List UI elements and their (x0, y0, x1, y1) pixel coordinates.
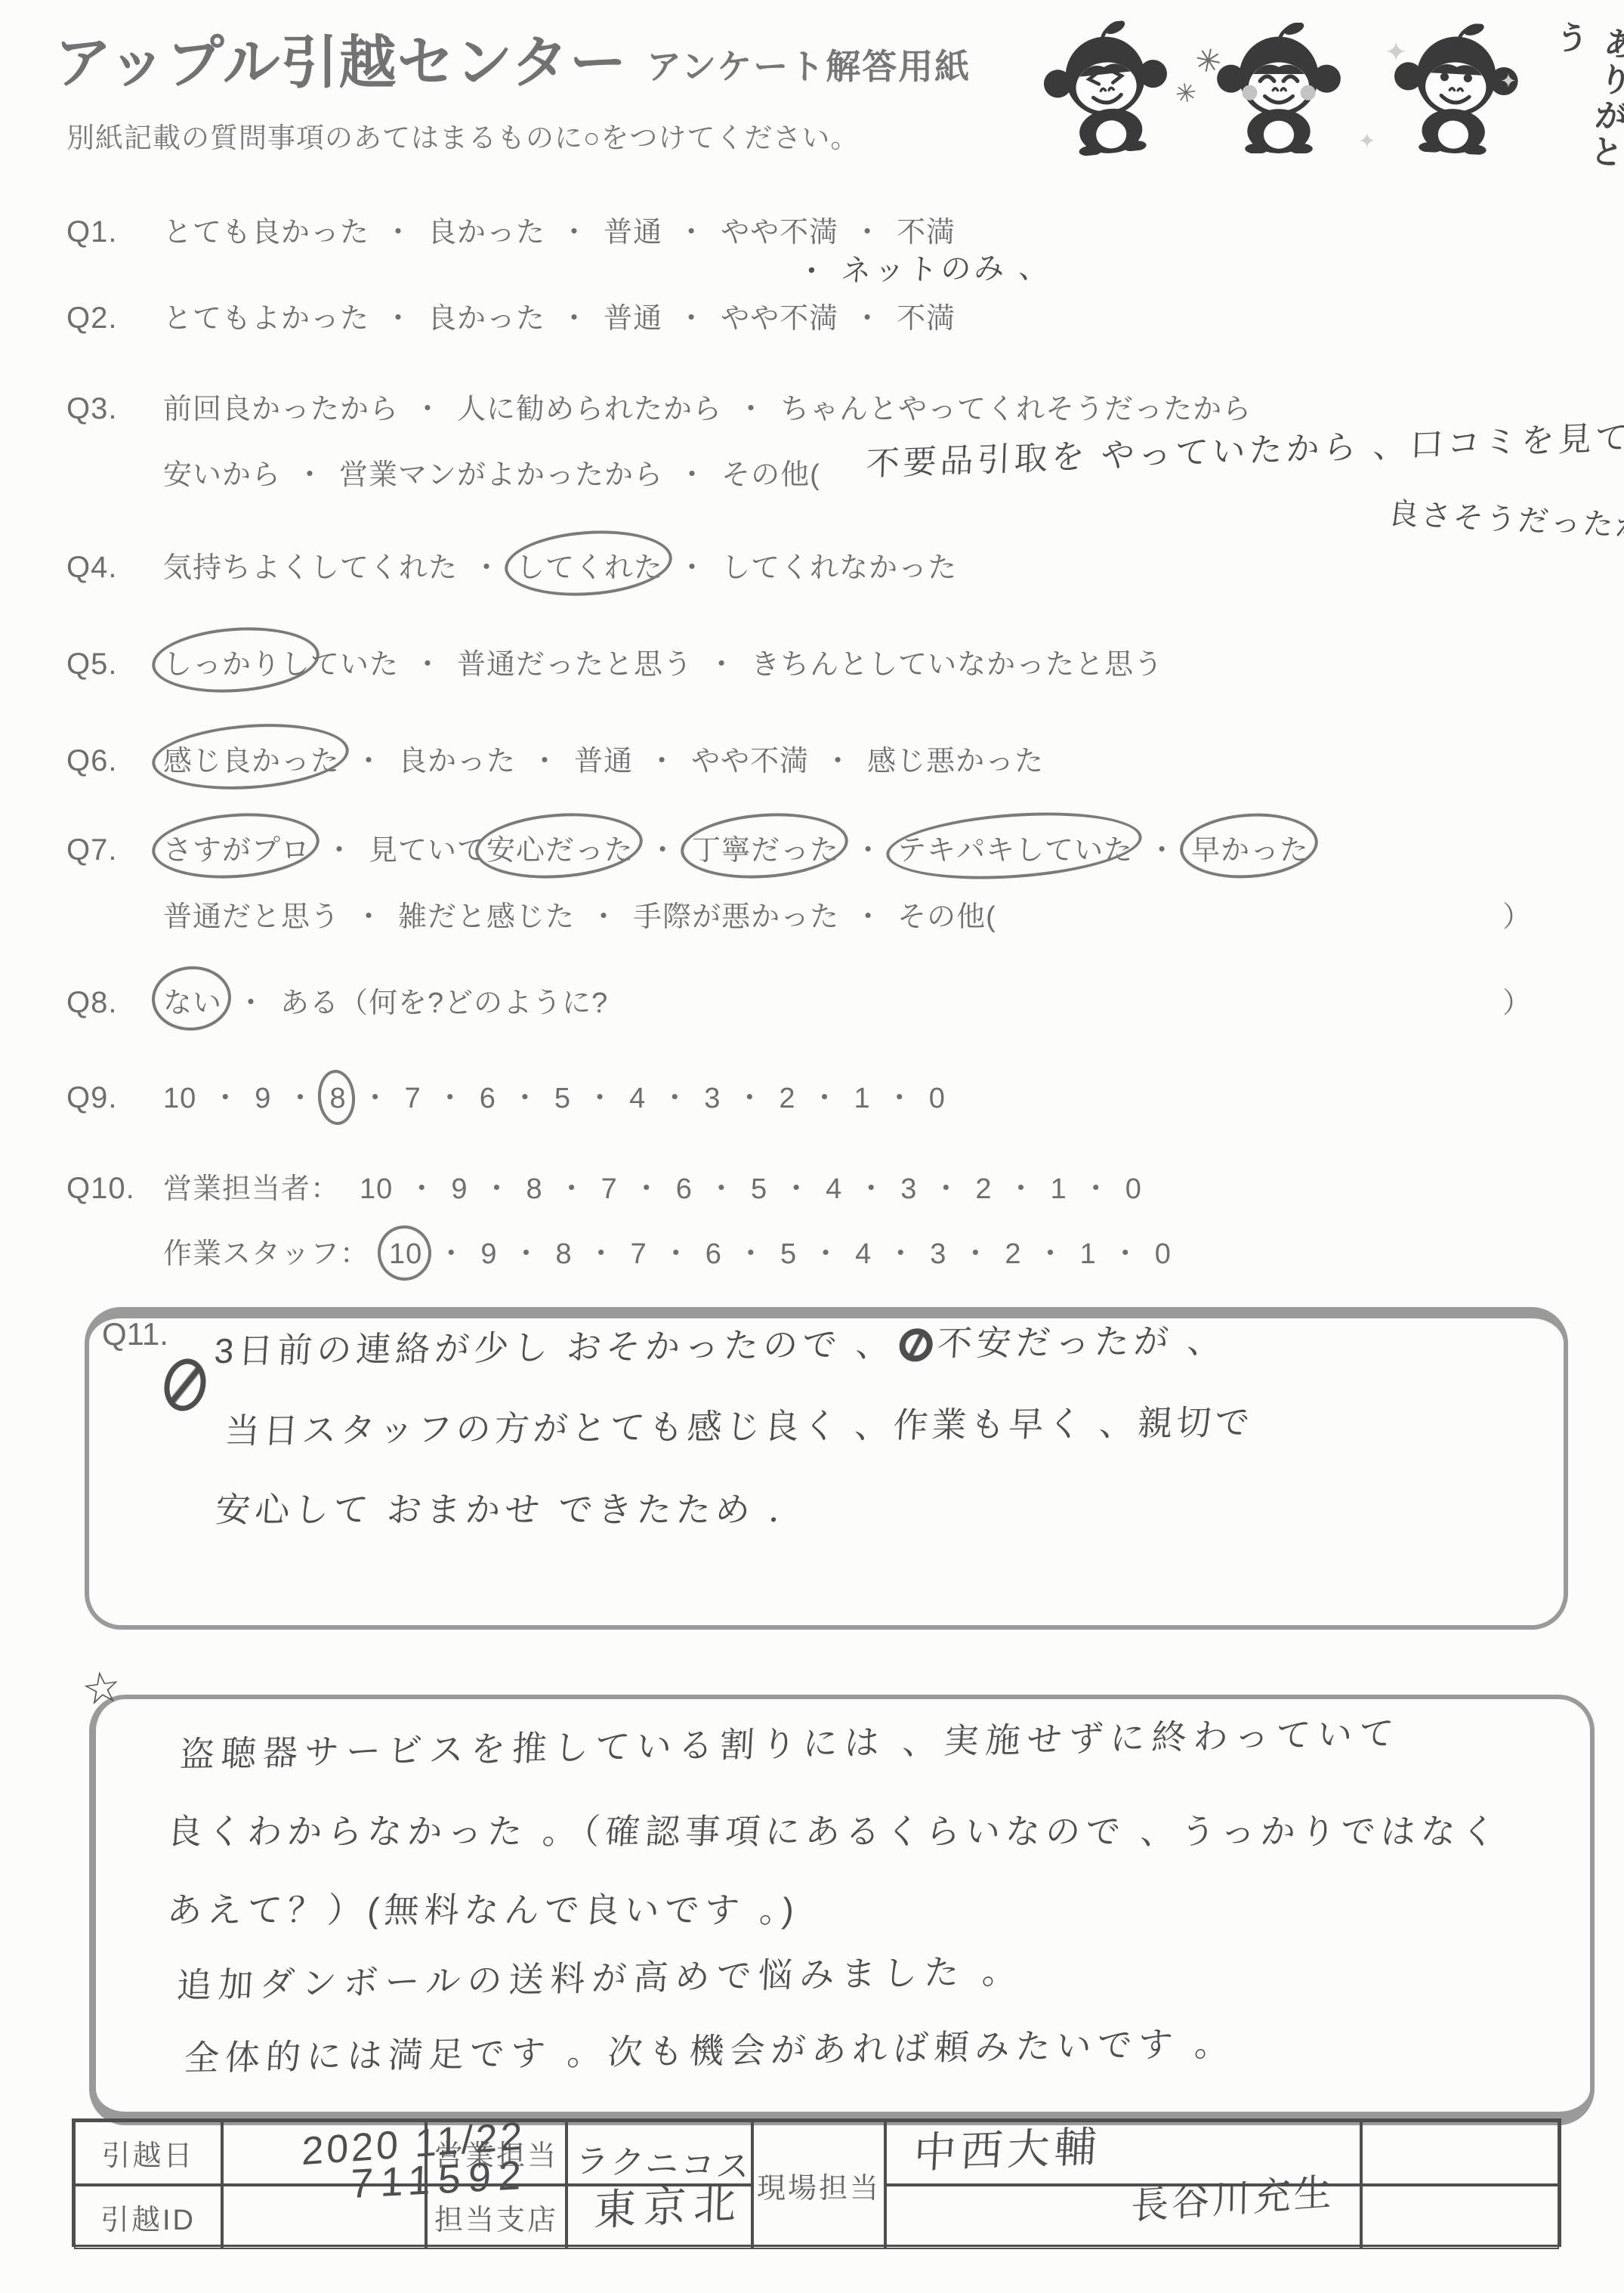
option: 3 (900, 1173, 917, 1206)
option: とても良かった (163, 209, 369, 250)
option-circled: 安心だった (486, 827, 634, 868)
option-separator: ・ (236, 979, 266, 1021)
monkey-mascot-icon (1036, 17, 1178, 164)
option-separator: ・ (853, 209, 882, 250)
option-circled: 8 (329, 1083, 346, 1115)
option-separator: ・ (886, 1230, 915, 1272)
option-separator: ・ (678, 451, 707, 493)
option-circled: 早かった (1191, 827, 1309, 868)
question-id: Q7. (66, 833, 163, 867)
options-row: 前回良かったから・人に勧められたから・ちゃんとやってくれそうだったから (163, 385, 1252, 427)
q11-handwritten-line1-post: 不安だったが 、 (936, 1321, 1227, 1363)
option: 不満 (897, 209, 956, 250)
option-separator: ・ (1111, 1230, 1141, 1272)
option: 2 (779, 1083, 795, 1115)
table-label-0-text: 引越日 (101, 2132, 194, 2174)
option-separator: ・ (632, 1165, 662, 1207)
option-separator: ・ (587, 1230, 616, 1272)
option-circled: してくれた (516, 544, 663, 586)
option: 8 (526, 1173, 542, 1206)
option: とてもよかった (163, 295, 369, 336)
option-circled: 10 (389, 1238, 422, 1271)
handwritten-star-line2: 良くわからなかった 。（確認事項にあるくらいなので 、うっかりではなく (165, 1804, 1502, 1854)
option-separator: ・ (853, 295, 882, 336)
options-row: とてもよかった・良かった・普通・やや不満・不満 (163, 295, 956, 336)
option-separator: ・ (707, 641, 736, 682)
crossed-out-mark (899, 1328, 934, 1361)
option-circled: 感じ良かった (163, 737, 340, 779)
option-separator: ・ (647, 737, 677, 779)
question-Q8-line1: Q8.ない・ある（何を?どのように?） (66, 979, 1564, 1021)
option: 5 (554, 1083, 571, 1115)
question-Q6-line1: Q6.感じ良かった・良かった・普通・やや不満・感じ悪かった (66, 737, 1564, 779)
table-label-0: 引越日 (74, 2121, 222, 2185)
option: やや不満 (721, 209, 838, 250)
option-separator: ・ (354, 893, 384, 935)
question-Q1-line1: Q1.とても良かった・良かった・普通・やや不満・不満 (66, 209, 1564, 250)
option-circled: さすがプロ (163, 827, 310, 868)
sparkle-icon: ✦ (1358, 128, 1375, 153)
question-Q4-line1: Q4.気持ちよくしてくれた・してくれた・してくれなかった (66, 544, 1564, 586)
question-Q10-line1: Q10.営業担当者：10・9・8・7・6・5・4・3・2・1・0 (66, 1165, 1564, 1207)
option-separator: ・ (560, 295, 589, 336)
option: 良かった (398, 737, 516, 779)
option: その他( (897, 893, 996, 935)
option-separator: ・ (857, 1165, 886, 1207)
option: 雑だと感じた (398, 893, 575, 935)
option: 手際が悪かった (633, 893, 839, 935)
option-separator: ・ (557, 1165, 587, 1207)
option-separator: ・ (511, 1074, 540, 1116)
option: 普通だと思う (163, 893, 340, 935)
option: 0 (1125, 1173, 1142, 1206)
option-separator: ・ (736, 385, 766, 427)
option-separator: ・ (931, 1165, 961, 1207)
option: 1 (854, 1083, 871, 1115)
option-separator: ・ (885, 1074, 915, 1116)
sparkle-icon: ✦ (1500, 70, 1517, 93)
option: 良かった (428, 209, 545, 250)
option-separator: ・ (511, 1230, 541, 1272)
option-separator: ・ (810, 1074, 840, 1116)
option-separator: ・ (286, 1074, 315, 1116)
option-separator: ・ (1007, 1165, 1036, 1207)
option: 見ていて (369, 827, 486, 868)
option-prefix: 営業担当者： (163, 1165, 340, 1207)
option-separator: ・ (677, 209, 706, 250)
option-circled: しっかりし (163, 641, 310, 682)
option: してくれなかった (721, 544, 957, 586)
options-row: とても良かった・良かった・普通・やや不満・不満 (163, 209, 956, 250)
options-row: 感じ良かった・良かった・普通・やや不満・感じ悪かった (163, 737, 1044, 779)
option-separator: ・ (823, 737, 853, 779)
option: 前回良かったから (163, 385, 399, 427)
options-row: 営業担当者：10・9・8・7・6・5・4・3・2・1・0 (163, 1165, 1142, 1207)
option-separator: ・ (211, 1074, 240, 1116)
table-label2-1-text: 担当支店 (434, 2196, 558, 2238)
option-separator: ・ (660, 1074, 690, 1116)
question-id: Q1. (66, 215, 163, 249)
question-id: Q9. (66, 1081, 163, 1115)
option-separator: ・ (482, 1165, 511, 1207)
instruction-text: 別紙記載の質問事項のあてはまるものに○をつけてください。 (66, 115, 859, 156)
options-row: 10・9・8・7・6・5・4・3・2・1・0 (163, 1074, 946, 1116)
options-row: 気持ちよくしてくれた・してくれた・してくれなかった (163, 544, 957, 586)
option: 7 (631, 1238, 647, 1271)
option: 3 (704, 1083, 721, 1115)
question-Q10-line2: 作業スタッフ：10・9・8・7・6・5・4・3・2・1・0 (66, 1230, 1564, 1272)
option: 8 (555, 1238, 572, 1271)
option-separator: ・ (811, 1230, 841, 1272)
option-separator: ・ (678, 544, 707, 586)
option-separator: ・ (782, 1165, 811, 1207)
option: 感じ悪かった (867, 737, 1044, 779)
options-row: 安いから・営業マンがよかったから・その他( (163, 451, 820, 493)
table-site-cell (1361, 2121, 1559, 2185)
mascot-monkeys (1042, 23, 1579, 162)
option-separator: ・ (585, 1074, 615, 1116)
option-separator: ・ (677, 295, 706, 336)
option-separator: ・ (325, 827, 354, 868)
options-row: 普通だと思う・雑だと感じた・手際が悪かった・その他( (163, 893, 996, 935)
question-Q9-line1: Q9.10・9・8・7・6・5・4・3・2・1・0 (66, 1074, 1564, 1116)
handwritten-branch-value: 東京北 (593, 2170, 745, 2239)
options-row: しっかりしていた・普通だったと思う・きちんとしていなかったと思う (163, 641, 1163, 682)
option: やや不満 (721, 295, 838, 336)
option-prefix: 作業スタッフ： (163, 1230, 369, 1272)
option-separator: ・ (384, 295, 413, 336)
option-circled: ない (163, 979, 222, 1021)
option: 6 (705, 1238, 722, 1271)
survey-sheet: アップル引越センター アンケート解答用紙 別紙記載の質問事項のあてはまるものに○… (0, 0, 1624, 2293)
handwritten-q3-note2: 良さそうだったから (1386, 490, 1624, 548)
option: 10 (360, 1173, 393, 1206)
option-separator: ・ (295, 451, 325, 493)
option: 7 (405, 1083, 421, 1115)
options-row: ない・ある（何を?どのように? (163, 979, 608, 1021)
option-separator: ・ (736, 1230, 766, 1272)
sparkle-icon: ✦ (1385, 36, 1407, 68)
option-separator: ・ (413, 385, 443, 427)
option: 気持ちよくしてくれた (163, 544, 458, 586)
option: 普通 (604, 209, 662, 250)
info-table: 引越日営業担当現場担当引越ID担当支店 (72, 2118, 1561, 2247)
option-separator: ・ (413, 641, 443, 682)
option-separator: ・ (1147, 827, 1177, 868)
question-id: Q8. (66, 986, 163, 1020)
option: 4 (629, 1083, 646, 1115)
option-separator: ・ (1036, 1230, 1066, 1272)
handwritten-site-staff-1-value: 中西大輔 (912, 2113, 1103, 2180)
option: 0 (929, 1083, 946, 1115)
q11-label: Q11. (102, 1316, 168, 1352)
handwritten-star-line3: あえて？）(無料なんで良いです 。) (165, 1883, 801, 1933)
option-separator: ・ (354, 737, 384, 779)
option-separator: ・ (707, 1165, 736, 1207)
question-id: Q5. (66, 647, 163, 681)
question-Q2-line1: Q2.とてもよかった・良かった・普通・やや不満・不満 (66, 295, 1564, 336)
option: 0 (1155, 1238, 1172, 1271)
question-id: Q4. (66, 551, 163, 585)
option-separator: ・ (961, 1230, 990, 1272)
handwritten-q11-line3: 安心して おまかせ できたため ． (214, 1482, 810, 1532)
question-Q7-line2: 普通だと思う・雑だと感じた・手際が悪かった・その他(） (66, 893, 1564, 935)
table-site-label-text: 現場担当 (757, 2165, 881, 2206)
form-name: アンケート解答用紙 (647, 39, 971, 89)
option-circled: テキパキしていた (897, 827, 1133, 868)
option-separator: ・ (854, 827, 883, 868)
option: 7 (601, 1173, 618, 1206)
option-separator: ・ (472, 544, 502, 586)
option: 9 (255, 1083, 271, 1115)
option-separator: ・ (436, 1074, 465, 1116)
option: ていた (310, 641, 399, 682)
option: 普通だったと思う (457, 641, 693, 682)
option: 3 (930, 1238, 946, 1271)
option-separator: ・ (854, 893, 883, 935)
option: 10 (163, 1083, 196, 1115)
option: きちんとしていなかったと思う (751, 641, 1163, 682)
closing-paren: ） (1502, 979, 1532, 1021)
table-label-1: 引越ID (74, 2185, 222, 2249)
option-separator: ・ (384, 209, 413, 250)
question-id: Q6. (66, 744, 163, 778)
q11-handwritten-line1: 3日前の連絡が少し おそかったので 、不安だったが 、 (213, 1313, 1228, 1374)
option: 2 (975, 1173, 992, 1206)
option-separator: ・ (662, 1230, 691, 1272)
table-site-cell (1361, 2185, 1559, 2249)
handwritten-move-id-value: 711592 (350, 2152, 529, 2208)
option: 9 (480, 1238, 497, 1271)
option-separator: ・ (530, 737, 560, 779)
handwritten-q1-note: ・ ネットのみ 、 (795, 243, 1053, 291)
table-label-1-text: 引越ID (100, 2196, 196, 2238)
option: 5 (780, 1238, 797, 1271)
option: 6 (480, 1083, 496, 1115)
option-circled: 丁寧だった (692, 827, 839, 868)
option: 人に勧められたから (457, 385, 722, 427)
question-id: Q10. (66, 1172, 163, 1206)
option: 4 (826, 1173, 842, 1206)
option: 不満 (897, 295, 956, 336)
handwritten-q11-line2: 当日スタッフの方がとても感じ良く 、作業も早く 、親切で (224, 1395, 1255, 1454)
question-Q5-line1: Q5.しっかりしていた・普通だったと思う・きちんとしていなかったと思う (66, 641, 1564, 682)
option: ある（何を?どのように? (280, 979, 608, 1021)
option: 1 (1051, 1173, 1067, 1206)
option-separator: ・ (437, 1230, 466, 1272)
option: その他( (721, 451, 820, 493)
option: 2 (1005, 1238, 1021, 1271)
option: 5 (751, 1173, 767, 1206)
question-id: Q3. (66, 392, 163, 426)
q11-handwritten-line1-pre: 3日前の連絡が少し おそかったので 、 (213, 1324, 896, 1371)
option: 普通 (604, 295, 662, 336)
option: 4 (855, 1238, 872, 1271)
option-separator: ・ (1082, 1165, 1111, 1207)
option: 9 (451, 1173, 468, 1206)
table-site-label: 現場担当 (752, 2121, 885, 2249)
option-separator: ・ (648, 827, 678, 868)
question-Q7-line1: Q7.さすがプロ・見ていて安心だった・丁寧だった・テキパキしていた・早かった (66, 827, 1564, 868)
monkey-mascot-icon (1215, 23, 1343, 157)
option: やや不満 (691, 737, 809, 779)
options-row: 作業スタッフ：10・9・8・7・6・5・4・3・2・1・0 (163, 1230, 1172, 1272)
option-separator: ・ (407, 1165, 437, 1207)
question-id: Q2. (66, 301, 163, 335)
option: 良かった (428, 295, 545, 336)
options-row: さすがプロ・見ていて安心だった・丁寧だった・テキパキしていた・早かった (163, 827, 1309, 868)
option: 6 (676, 1173, 693, 1206)
option: 営業マンがよかったから (339, 451, 663, 493)
option: 普通 (574, 737, 633, 779)
star-mark: ☆ (79, 1660, 125, 1717)
option-separator: ・ (560, 209, 589, 250)
closing-paren: ） (1502, 893, 1532, 935)
option-separator: ・ (361, 1074, 391, 1116)
option-separator: ・ (589, 893, 619, 935)
option-separator: ・ (735, 1074, 764, 1116)
option: ちゃんとやってくれそうだったから (780, 385, 1252, 427)
option: 1 (1080, 1238, 1097, 1271)
option: 安いから (163, 451, 281, 493)
page-title: アップル引越センター (54, 17, 628, 99)
